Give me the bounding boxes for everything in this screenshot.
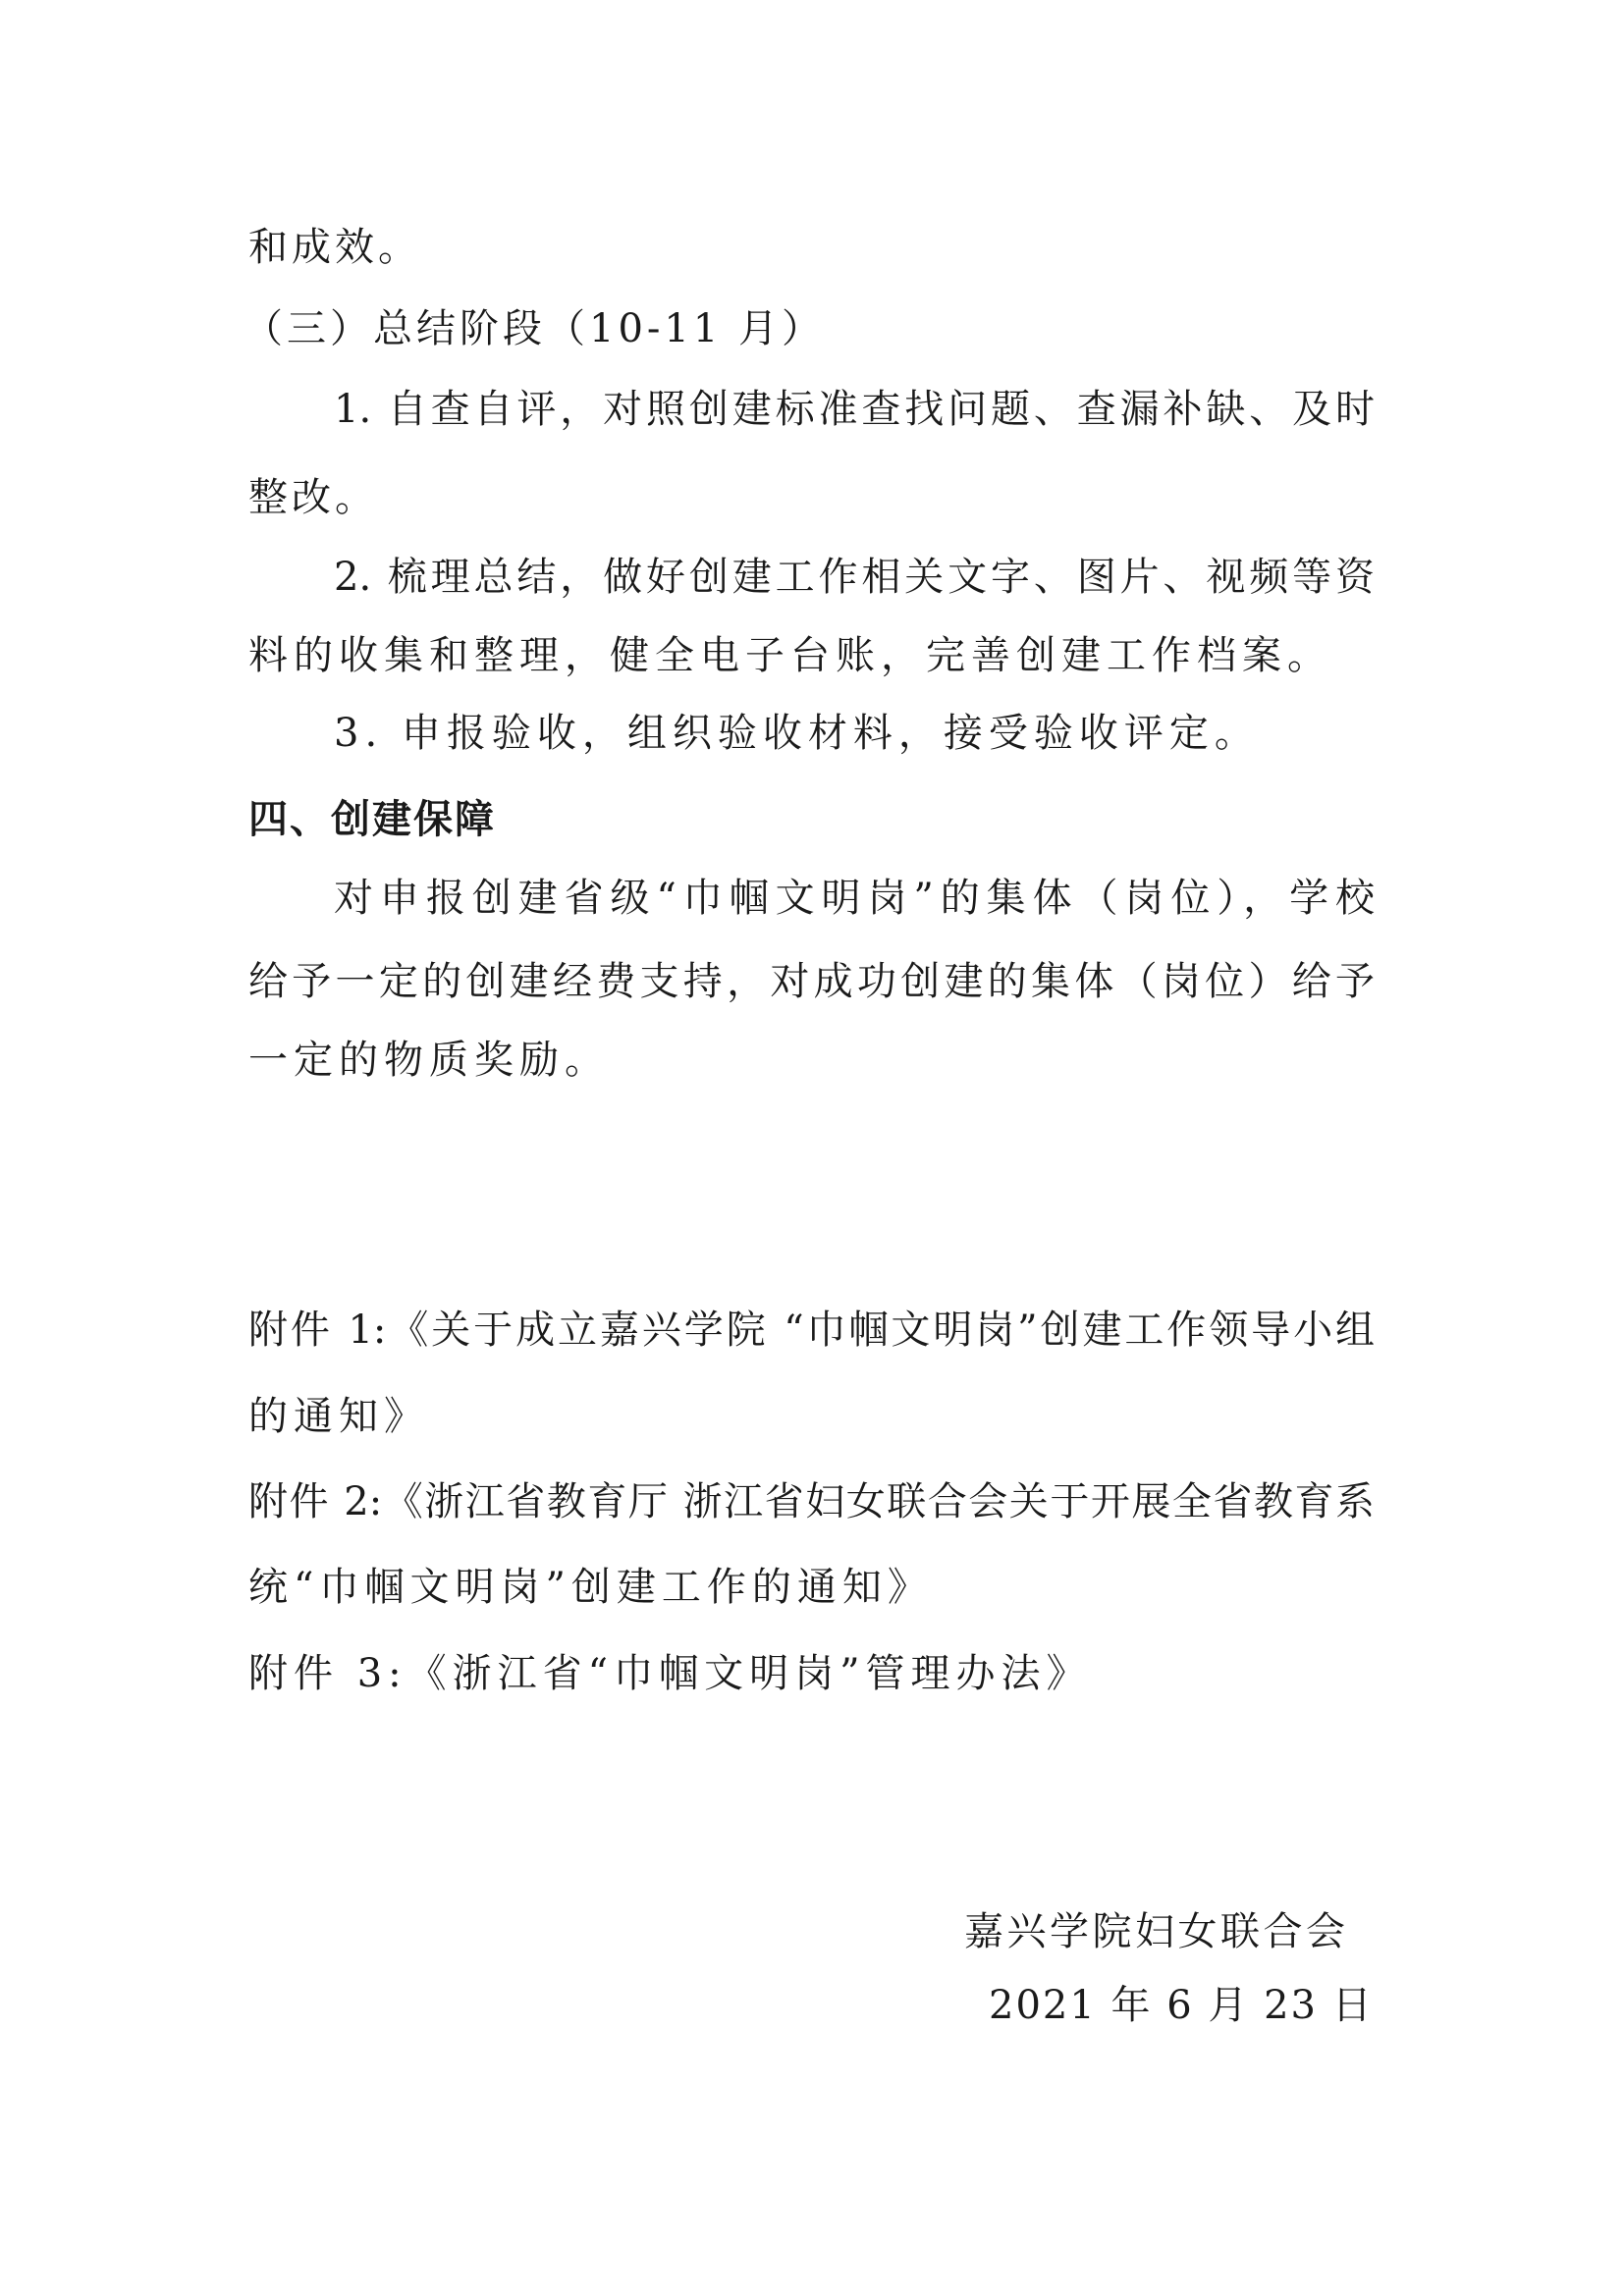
- paragraph-line: 对申报创建省级“巾帼文明岗”的集体（岗位），学校: [334, 869, 1375, 928]
- attachment-1-line-1: 附件 1:《关于成立嘉兴学院 “巾帼文明岗”创建工作领导小组: [248, 1301, 1375, 1360]
- attachment-2-line-2: 统“巾帼文明岗”创建工作的通知》: [248, 1558, 1375, 1617]
- paragraph-line: 2. 梳理总结，做好创建工作相关文字、图片、视频等资: [334, 548, 1375, 607]
- paragraph-line: 料的收集和整理，健全电子台账，完善创建工作档案。: [248, 626, 1375, 685]
- attachment-1-line-2: 的通知》: [248, 1387, 1375, 1446]
- paragraph-line: 一定的物质奖励。: [248, 1031, 1375, 1090]
- paragraph-line: 给予一定的创建经费支持，对成功创建的集体（岗位）给予: [248, 952, 1375, 1011]
- subsection-heading: （三）总结阶段（10-11 月）: [244, 299, 1370, 358]
- signature-organization: 嘉兴学院妇女联合会: [964, 1902, 1345, 1961]
- document-page: 和成效。 （三）总结阶段（10-11 月） 1. 自查自评，对照创建标准查找问题…: [0, 0, 1624, 2296]
- attachment-2-line-1: 附件 2:《浙江省教育厅 浙江省妇女联合会关于开展全省教育系: [248, 1472, 1375, 1531]
- section-heading: 四、创建保障: [248, 790, 1375, 849]
- paragraph-line: 整改。: [248, 468, 1375, 527]
- paragraph-line: 3. 申报验收，组织验收材料，接受验收评定。: [334, 704, 1375, 763]
- attachment-3-line-1: 附件 3:《浙江省“巾帼文明岗”管理办法》: [248, 1644, 1375, 1703]
- paragraph-line: 1. 自查自评，对照创建标准查找问题、查漏补缺、及时: [334, 380, 1375, 439]
- signature-date: 2021 年 6 月 23 日: [989, 1976, 1316, 2035]
- paragraph-line: 和成效。: [248, 218, 1375, 277]
